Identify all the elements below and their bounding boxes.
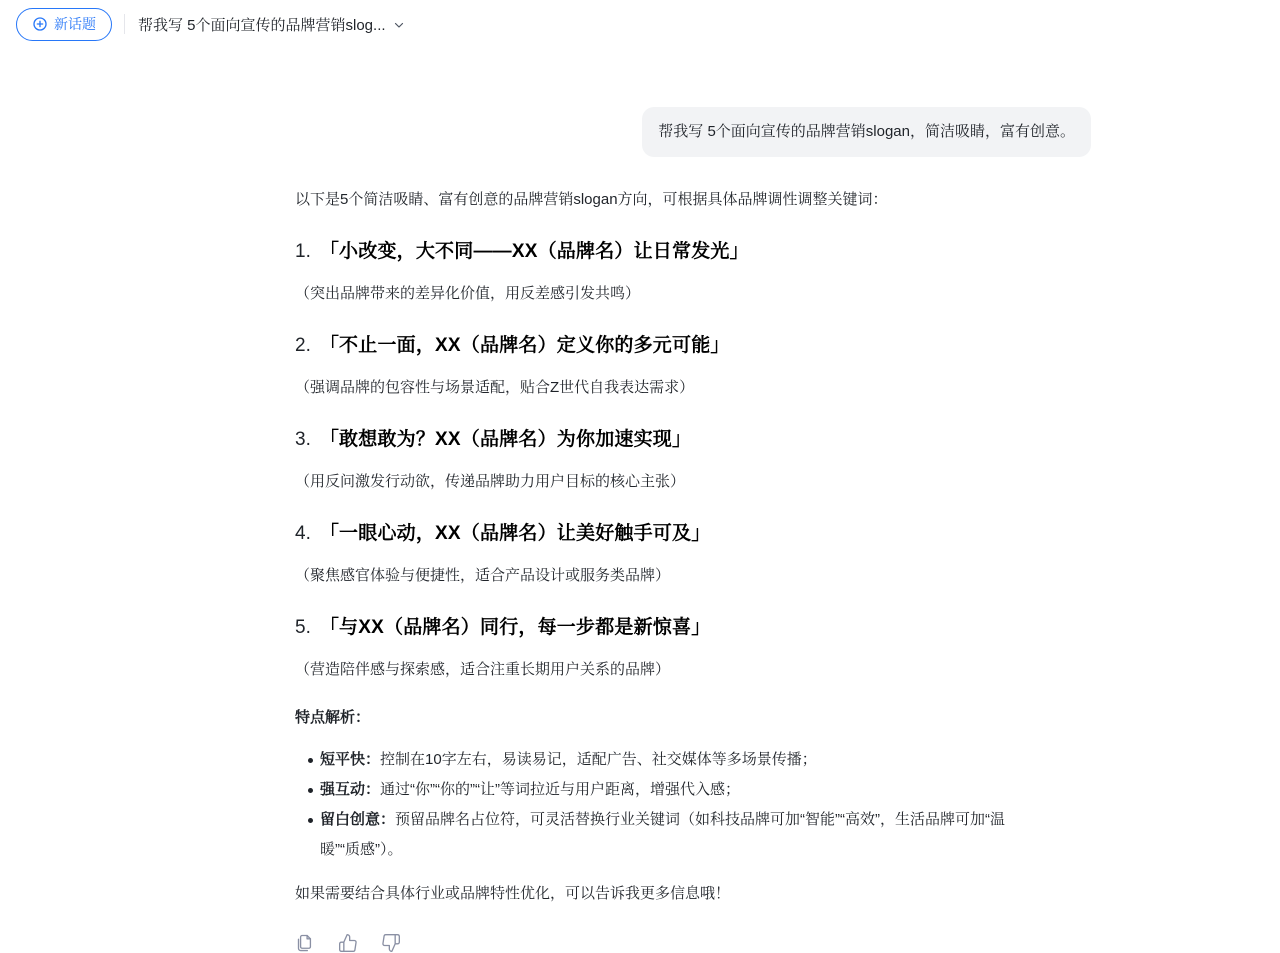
slogan-note: （聚焦感官体验与便捷性，适合产品设计或服务类品牌） [295,564,1040,588]
slogan-heading: 4. 「一眼心动，XX（品牌名）让美好触手可及」 [295,520,1040,547]
slogan-item: 1. 「小改变，大不同——XX（品牌名）让日常发光」 （突出品牌带来的差异化价值… [295,238,1040,306]
feature-text: 控制在10字左右，易读易记，适配广告、社交媒体等多场景传播； [380,751,817,768]
slogan-note: （用反问激发行动欲，传递品牌助力用户目标的核心主张） [295,470,1040,494]
features-list: 短平快：控制在10字左右，易读易记，适配广告、社交媒体等多场景传播； 强互动：通… [295,745,1040,865]
feature-item: 短平快：控制在10字左右，易读易记，适配广告、社交媒体等多场景传播； [295,745,1040,775]
chat-column: 帮我写 5个面向宣传的品牌营销slogan，简洁吸睛，富有创意。 以下是5个简洁… [295,0,1091,940]
slogan-heading: 2. 「不止一面，XX（品牌名）定义你的多元可能」 [295,332,1040,359]
slogan-title: 「不止一面，XX（品牌名）定义你的多元可能」 [320,332,730,359]
slogan-note: （营造陪伴感与探索感，适合注重长期用户关系的品牌） [295,658,1040,682]
slogan-number: 5. [295,614,311,641]
thumbs-up-button[interactable] [338,933,358,940]
slogan-item: 2. 「不止一面，XX（品牌名）定义你的多元可能」 （强调品牌的包容性与场景适配… [295,332,1040,400]
thumbs-down-icon [381,933,401,940]
copy-button[interactable] [295,933,315,940]
user-message-row: 帮我写 5个面向宣传的品牌营销slogan，简洁吸睛，富有创意。 [295,107,1091,157]
thumbs-up-icon [338,933,358,940]
slogan-item: 5. 「与XX（品牌名）同行，每一步都是新惊喜」 （营造陪伴感与探索感，适合注重… [295,614,1040,682]
slogan-title: 「一眼心动，XX（品牌名）让美好触手可及」 [320,520,711,547]
slogan-note: （强调品牌的包容性与场景适配，贴合Z世代自我表达需求） [295,376,1040,400]
user-message-bubble: 帮我写 5个面向宣传的品牌营销slogan，简洁吸睛，富有创意。 [642,107,1091,157]
features-heading: 特点解析： [295,706,1040,730]
slogan-heading: 5. 「与XX（品牌名）同行，每一步都是新惊喜」 [295,614,1040,641]
feature-item: 强互动：通过“你”“你的”“让”等词拉近与用户距离，增强代入感； [295,775,1040,805]
slogan-title: 「与XX（品牌名）同行，每一步都是新惊喜」 [320,614,711,641]
new-topic-label: 新话题 [54,14,96,34]
slogan-note: （突出品牌带来的差异化价值，用反差感引发共鸣） [295,282,1040,306]
header-divider [124,14,125,34]
slogan-title: 「敢想敢为？XX（品牌名）为你加速实现」 [320,426,691,453]
assistant-response: 以下是5个简洁吸睛、富有创意的品牌营销slogan方向，可根据具体品牌调性调整关… [295,188,1040,940]
feature-item: 留白创意：预留品牌名占位符，可灵活替换行业关键词（如科技品牌可加“智能”“高效”… [295,805,1040,865]
slogan-title: 「小改变，大不同——XX（品牌名）让日常发光」 [320,238,749,265]
slogan-item: 3. 「敢想敢为？XX（品牌名）为你加速实现」 （用反问激发行动欲，传递品牌助力… [295,426,1040,494]
slogan-item: 4. 「一眼心动，XX（品牌名）让美好触手可及」 （聚焦感官体验与便捷性，适合产… [295,520,1040,588]
feature-label: 短平快： [320,751,380,768]
slogan-number: 3. [295,426,311,453]
feature-label: 留白创意： [320,811,395,828]
slogan-heading: 1. 「小改变，大不同——XX（品牌名）让日常发光」 [295,238,1040,265]
message-actions [295,933,1040,940]
feature-text: 通过“你”“你的”“让”等词拉近与用户距离，增强代入感； [380,781,740,798]
slogan-number: 1. [295,238,311,265]
copy-icon [295,933,315,940]
slogan-heading: 3. 「敢想敢为？XX（品牌名）为你加速实现」 [295,426,1040,453]
response-closing: 如果需要结合具体行业或品牌特性优化，可以告诉我更多信息哦！ [295,882,1040,906]
slogan-number: 2. [295,332,311,359]
new-topic-button[interactable]: 新话题 [16,8,112,41]
thumbs-down-button[interactable] [381,933,401,940]
feature-text: 预留品牌名占位符，可灵活替换行业关键词（如科技品牌可加“智能”“高效”，生活品牌… [320,811,1005,858]
slogan-list: 1. 「小改变，大不同——XX（品牌名）让日常发光」 （突出品牌带来的差异化价值… [295,238,1040,682]
response-intro: 以下是5个简洁吸睛、富有创意的品牌营销slogan方向，可根据具体品牌调性调整关… [295,188,1040,212]
plus-circle-icon [32,16,48,32]
feature-label: 强互动： [320,781,380,798]
slogan-number: 4. [295,520,311,547]
